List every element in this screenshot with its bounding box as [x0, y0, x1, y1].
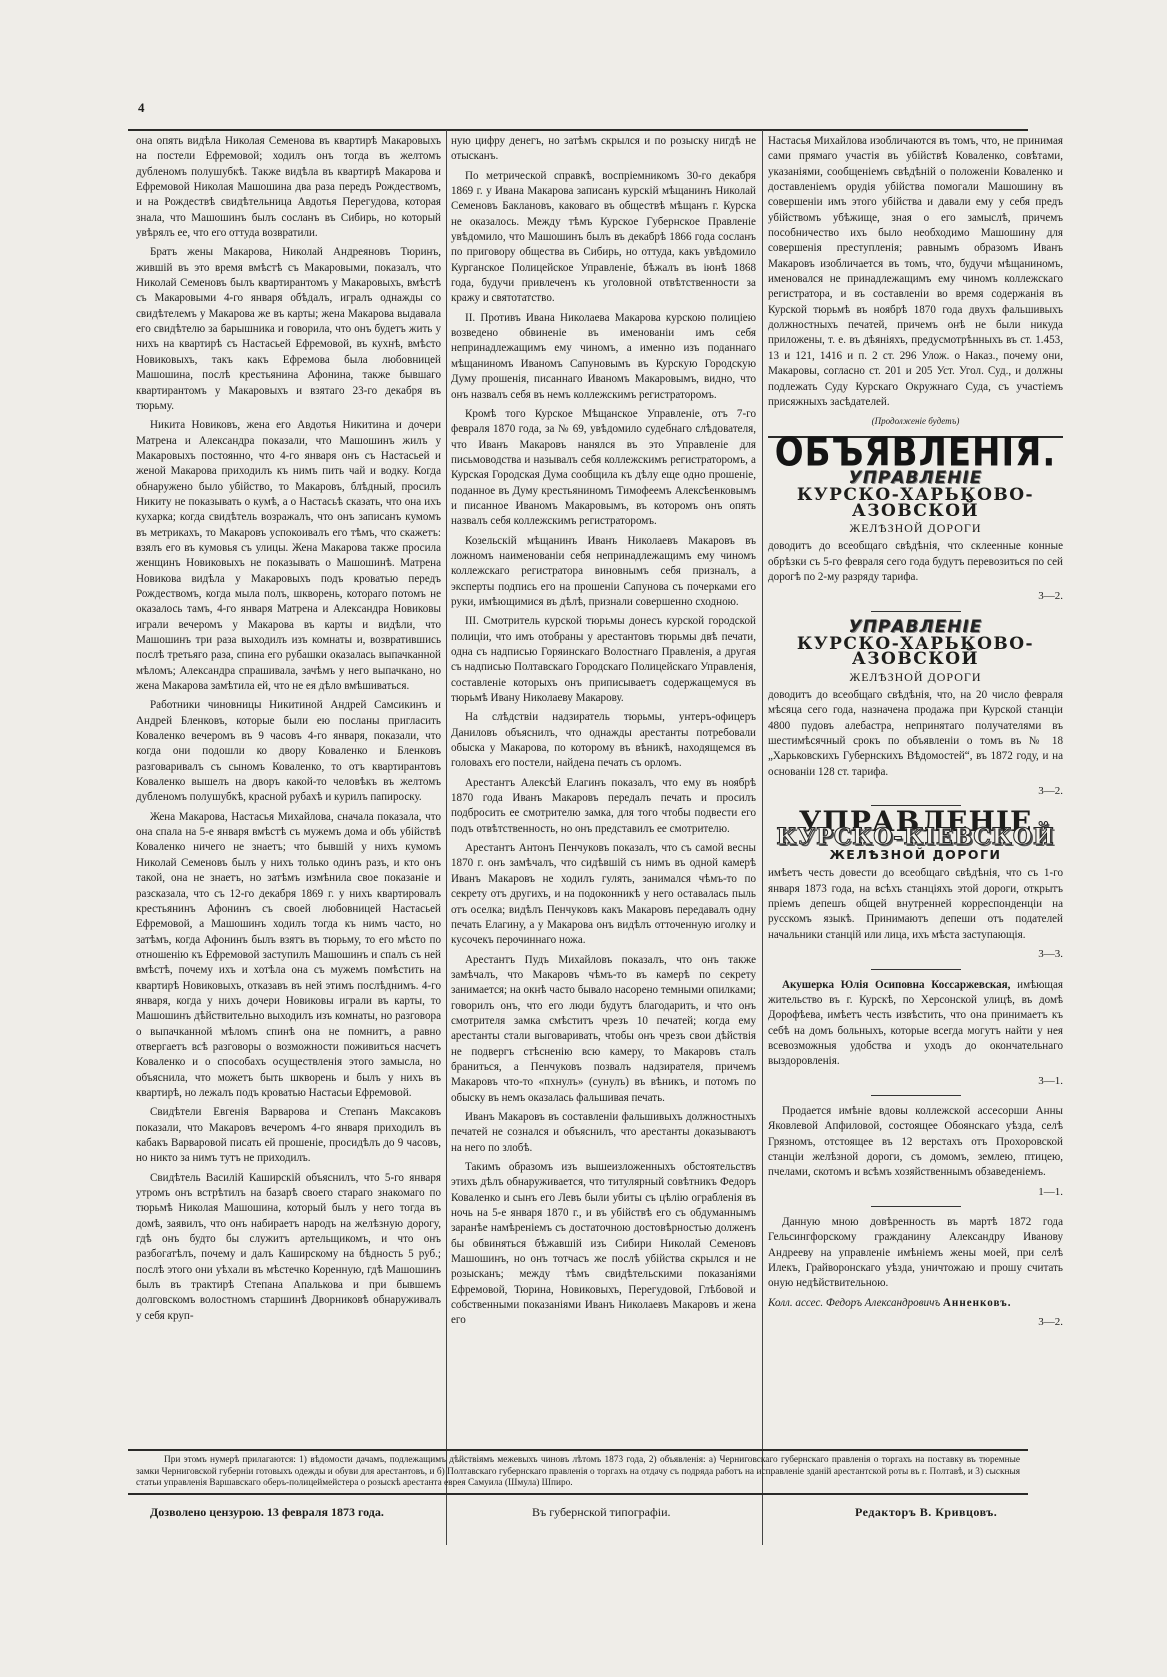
- supplement-notice: При этомъ нумерѣ прилагаются: 1) вѣдомос…: [128, 1451, 1028, 1490]
- ad-midwife: Акушерка Юлія Осиповна Коссаржевская, им…: [768, 978, 1063, 1089]
- column-2: ную цифру денегъ, но затѣмъ скрылся и по…: [451, 134, 756, 1547]
- announcements-heading: ОБЪЯВЛЕНІЯ.: [768, 444, 1063, 462]
- ad-subheading: КУРСКО-ХАРЬКОВО-АЗОВСКОЙ: [768, 488, 1063, 519]
- ad-separator: [871, 969, 961, 970]
- paragraph: Свидѣтели Евгенія Варварова и Степанъ Ма…: [136, 1105, 441, 1166]
- paragraph: она опять видѣла Николая Семенова въ ква…: [136, 134, 441, 241]
- article-conclusion: Настасья Михайлова изобличаются въ томъ,…: [768, 134, 1063, 410]
- paragraph: Козельскій мѣщанинъ Иванъ Николаевъ Мака…: [451, 534, 756, 611]
- column-1: она опять видѣла Николая Семенова въ ква…: [136, 134, 441, 1547]
- ad-estate-sale: Продается имѣніе вдовы коллежской ассесо…: [768, 1104, 1063, 1200]
- paragraph: На слѣдствіи надзиратель тюрьмы, унтеръ-…: [451, 710, 756, 771]
- ad-separator: [871, 611, 961, 612]
- ad-heading: УПРАВЛЕНІЕ: [768, 620, 1063, 635]
- paragraph: III. Смотритель курской тюрьмы донесъ ку…: [451, 614, 756, 706]
- paragraph: Арестантъ Антонъ Пенчуковъ показалъ, что…: [451, 841, 756, 948]
- ad-insertion-count: 3—3.: [768, 947, 1063, 962]
- column-3: Настасья Михайлова изобличаются въ томъ,…: [768, 134, 1063, 1547]
- paragraph: Работники чиновницы Никитиной Андрей Сам…: [136, 698, 441, 805]
- ad-body: Продается имѣніе вдовы коллежской ассесо…: [768, 1104, 1063, 1181]
- ad-separator: [871, 1206, 961, 1207]
- ad-subheading: КУРСКО-КІЕВСКОЙ: [768, 830, 1063, 845]
- supplement-rule: [128, 1493, 1028, 1495]
- ad-railway-3: УПРАВЛЕНІЕ КУРСКО-КІЕВСКОЙ ЖЕЛѢЗНОЙ ДОРО…: [768, 814, 1063, 962]
- paragraph: ную цифру денегъ, но затѣмъ скрылся и по…: [451, 134, 756, 165]
- paragraph: Такимъ образомъ изъ вышеизложенныхъ обст…: [451, 1160, 756, 1329]
- ad-subheading: КУРСКО-ХАРЬКОВО-АЗОВСКОЙ: [768, 637, 1063, 668]
- page-number: 4: [138, 100, 145, 116]
- ad-body: Данную мною довѣренность въ мартѣ 1872 г…: [768, 1215, 1063, 1292]
- ad-subheading: ЖЕЛѢЗНОЙ ДОРОГИ: [768, 670, 1063, 685]
- paragraph: Иванъ Макаровъ въ составленіи фальшивыхъ…: [451, 1110, 756, 1156]
- ad-insertion-count: 3—2.: [768, 1315, 1063, 1330]
- ad-signature: Колл. ассес. Федоръ Александровичъ Аннен…: [768, 1296, 1063, 1311]
- ad-lead: Акушерка Юлія Осиповна Коссаржевская,: [782, 979, 1010, 991]
- paragraph: Жена Макарова, Настасья Михайлова, снача…: [136, 810, 441, 1102]
- ad-insertion-count: 3—2.: [768, 784, 1063, 799]
- paragraph: По метрической справкѣ, воспріемникомъ 3…: [451, 169, 756, 307]
- paragraph: Кромѣ того Курское Мѣщанское Управленіе,…: [451, 407, 756, 530]
- top-rule: [128, 129, 1028, 131]
- paragraph: Арестантъ Пудъ Михайловъ показалъ, что о…: [451, 953, 756, 1106]
- ad-subheading: ЖЕЛѢЗНОЙ ДОРОГИ: [768, 521, 1063, 536]
- ad-body: имѣющая жительство въ г. Курскѣ, по Херс…: [768, 979, 1063, 1068]
- ad-body: имѣетъ честь довести до всеобщаго свѣдѣн…: [768, 866, 1063, 943]
- ad-separator: [871, 1095, 961, 1096]
- ad-body: доводитъ до всеобщаго свѣдѣнія, что скле…: [768, 539, 1063, 585]
- paragraph: Никита Новиковъ, жена его Авдотья Никити…: [136, 418, 441, 694]
- ad-power-of-attorney: Данную мною довѣренность въ мартѣ 1872 г…: [768, 1215, 1063, 1330]
- ad-insertion-count: 3—1.: [768, 1074, 1063, 1089]
- censorship-note: Дозволено цензурою. 13 февраля 1873 года…: [150, 1505, 384, 1520]
- column-divider: [446, 130, 447, 1545]
- editor-signature: Редакторъ В. Кривцовъ.: [855, 1505, 997, 1520]
- ad-body: доводитъ до всеобщаго свѣдѣнія, что, на …: [768, 688, 1063, 780]
- paragraph: Братъ жены Макарова, Николай Андреяновъ …: [136, 245, 441, 414]
- column-divider: [762, 130, 763, 1545]
- continuation-note: (Продолженіе будетъ): [768, 414, 1063, 429]
- ad-railway-2: УПРАВЛЕНІЕ КУРСКО-ХАРЬКОВО-АЗОВСКОЙ ЖЕЛѢ…: [768, 620, 1063, 800]
- ad-insertion-count: 1—1.: [768, 1185, 1063, 1200]
- printer-note: Въ губернской типографіи.: [532, 1505, 671, 1520]
- paragraph: Арестантъ Алексѣй Елагинъ показалъ, что …: [451, 776, 756, 837]
- supplement-band: При этомъ нумерѣ прилагаются: 1) вѣдомос…: [128, 1449, 1028, 1495]
- paragraph: II. Противъ Ивана Николаева Макарова кур…: [451, 311, 756, 403]
- ad-railway-1: УПРАВЛЕНІЕ КУРСКО-ХАРЬКОВО-АЗОВСКОЙ ЖЕЛѢ…: [768, 471, 1063, 605]
- paragraph: Свидѣтель Василій Каширскій объяснилъ, ч…: [136, 1171, 441, 1324]
- ad-insertion-count: 3—2.: [768, 589, 1063, 604]
